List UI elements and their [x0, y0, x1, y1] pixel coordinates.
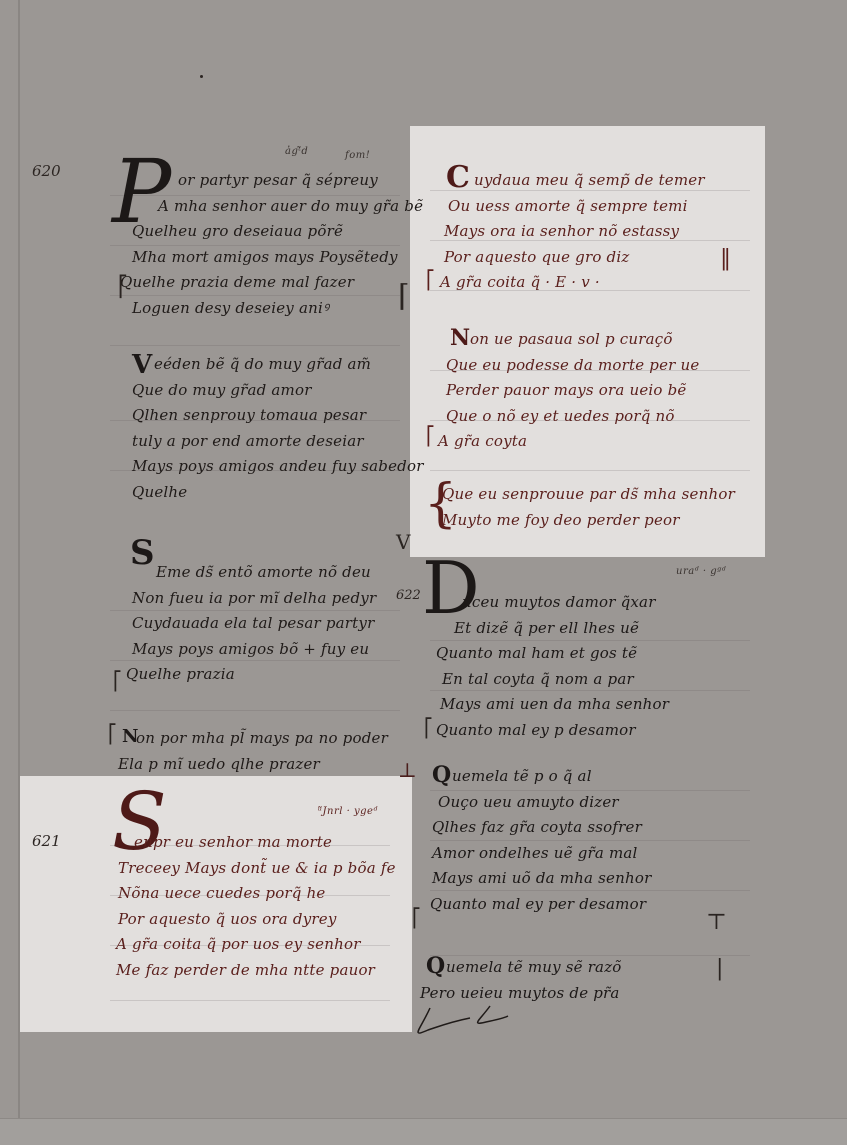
- verse-line: Mays ami uõ da mha senhor: [432, 866, 651, 892]
- verse-line: A gr̃a coita q̃ por uos ey senhor: [116, 932, 396, 958]
- verse-line: Mays poys amigos andeu fuy sabedor: [132, 454, 424, 480]
- verse-line: or partyr pesar q̃ sépreuy: [178, 168, 423, 194]
- verse-line: enpr eu senhor ma morte: [134, 830, 396, 856]
- stanza: eéden bẽ q̃ do muy gr̃ad am̃ Que do muy …: [154, 352, 424, 505]
- verse-line: on por mha pl̃ mays pa no poder: [136, 726, 388, 752]
- ink-spot: [200, 75, 203, 78]
- refrain-bracket-icon: ⎡: [412, 910, 421, 928]
- stanza: on por mha pl̃ mays pa no poder Ela p mĩ…: [136, 726, 388, 777]
- decorated-initial-C: C: [446, 163, 470, 193]
- stanza: uceu muytos damor q̃xar Et dizẽ q̃ per e…: [462, 590, 669, 743]
- verse-line: Que do muy gr̃ad amor: [132, 378, 424, 404]
- refrain-bracket-icon: ⎡: [426, 272, 435, 290]
- refrain-bracket-icon: ⎡: [113, 673, 122, 691]
- verse-line-refrain: A gr̃a coyta: [438, 429, 699, 455]
- stanza: on ue pasaua sol p curaçõ Que eu podesse…: [470, 327, 699, 455]
- margin-note: a̓gᵗ̃d: [285, 146, 308, 157]
- verse-line: on ue pasaua sol p curaçõ: [470, 327, 699, 353]
- verse-line: Quelheu gro deseiaua põrẽ: [132, 219, 423, 245]
- folio-number-622: 622: [396, 588, 421, 603]
- decorated-initial-V: V: [132, 352, 152, 378]
- stanza: Eme ds̃ entõ amorte nõ deu Non fueu ia p…: [156, 560, 376, 688]
- decorated-initial-S: S: [130, 536, 155, 570]
- verse-line: eéden bẽ q̃ do muy gr̃ad am̃: [154, 352, 424, 378]
- verse-line: A mha senhor auer do muy gr̃a bẽ: [158, 194, 423, 220]
- verse-line: Mha mort amigos mays Poysẽtedy: [132, 245, 423, 271]
- ruled-line: [110, 1000, 390, 1001]
- verse-line: Qlhen senprouy tomaua pesar: [132, 403, 424, 429]
- verse-line: Ou uess amorte q̃ sempre temi: [448, 194, 705, 220]
- verse-line: Eme ds̃ entõ amorte nõ deu: [156, 560, 376, 586]
- verse-line: Me faz perder de mha ntte pauor: [116, 958, 396, 984]
- flourish-icon: [410, 1000, 510, 1040]
- verse-line: Mays ami uen da mha senhor: [440, 692, 669, 718]
- verse-line: Ela p mĩ uedo qlhe prazer: [118, 752, 388, 778]
- pilcrow-mark-icon: ‖: [720, 248, 731, 270]
- folio-number-621: 621: [32, 832, 61, 850]
- verse-line-refrain: Quanto mal ey p desamor: [436, 718, 669, 744]
- verse-line: Cuydauada ela tal pesar partyr: [132, 611, 376, 637]
- stanza: Que eu senprouue par ds̃ mha senhor Muyt…: [442, 482, 735, 533]
- verse-line: Loguen desy deseiey aniꝰ: [132, 296, 423, 322]
- ruled-line: [110, 345, 400, 346]
- verse-line: Que eu podesse da morte per ue: [446, 353, 699, 379]
- margin-bracket-icon: ⊥: [398, 760, 417, 780]
- verse-line: Et dizẽ q̃ per ell lhes uẽ: [454, 616, 669, 642]
- verse-line: uydaua meu q̃ semp̃ de temer: [474, 168, 705, 194]
- refrain-bracket-icon: ⎡: [424, 720, 433, 738]
- decorated-initial-N: N: [450, 327, 470, 349]
- verse-line: Ouço ueu amuyto dizer: [438, 790, 651, 816]
- verse-line: Treceey Mays dont̃ ue & ia p bõa fe: [118, 856, 396, 882]
- stanza: uydaua meu q̃ semp̃ de temer Ou uess amo…: [474, 168, 705, 296]
- verse-line: uceu muytos damor q̃xar: [462, 590, 669, 616]
- verse-line: Por aquesto que gro diz: [444, 245, 705, 271]
- decorated-initial-Q: Q: [432, 764, 451, 786]
- verse-line: Que eu senprouue par ds̃ mha senhor: [442, 482, 735, 508]
- verse-line-refrain: Quelhe prazia: [126, 662, 376, 688]
- verse-line: Non fueu ia por mĩ delha pedyr: [132, 586, 376, 612]
- verse-line: uemela tẽ muy sẽ razõ: [446, 955, 622, 981]
- ruled-line: [430, 470, 750, 471]
- verse-line: En tal coyta q̃ nom a par: [442, 667, 669, 693]
- verse-line: Amor ondelhes uẽ gr̃a mal: [432, 841, 651, 867]
- margin-mark-icon: V: [396, 532, 410, 552]
- verse-line: Mays poys amigos bõ + fuy eu: [132, 637, 376, 663]
- verse-line: Qlhes faz gr̃a coyta ssofrer: [432, 815, 651, 841]
- margin-note: ᵘ̃Jnrl · ygeᵈ: [318, 806, 378, 817]
- decorated-initial-Q: Q: [426, 955, 445, 977]
- verse-line: Mays ora ia senhor nõ estassy: [444, 219, 705, 245]
- margin-note: fom!: [345, 150, 370, 161]
- margin-note: uraᵈ · gᵍᵈ: [676, 566, 726, 577]
- refrain-bracket-icon: ⎡: [118, 276, 128, 296]
- verse-line-refrain: A gr̃a coita q̃ · E · v ·: [440, 270, 705, 296]
- verse-line: Quanto mal ham et gos tẽ: [436, 641, 669, 667]
- refrain-bracket-icon: ⎡: [426, 428, 435, 446]
- verse-line: Perder pauor mays ora ueio bẽ: [446, 378, 699, 404]
- refrain-bracket-icon: ⎡: [108, 726, 117, 744]
- margin-bracket-icon: |: [716, 958, 723, 980]
- margin-bracket-icon: ⊤: [706, 912, 727, 934]
- stanza: uemela tẽ p o q̃ al Ouço ueu amuyto dize…: [452, 764, 651, 917]
- margin-bracket-icon: ⌈: [398, 282, 410, 312]
- verse-line: Quelhe: [132, 480, 424, 506]
- verse-line: uemela tẽ p o q̃ al: [452, 764, 651, 790]
- verse-line: Muyto me foy deo perder peor: [442, 508, 735, 534]
- verse-line: tuly a por end amorte deseiar: [132, 429, 424, 455]
- stanza: uemela tẽ muy sẽ razõ Pero ueieu muytos …: [446, 955, 622, 1006]
- ruled-line: [110, 710, 400, 711]
- verse-line-refrain: Quanto mal ey per desamor: [430, 892, 651, 918]
- stanza: enpr eu senhor ma morte Treceey Mays don…: [134, 830, 396, 983]
- verse-line: Nõna uece cuedes porq̃ he: [118, 881, 396, 907]
- verse-line-refrain: Quelhe prazia deme mal fazer: [120, 270, 423, 296]
- page-bottom-edge: [0, 1118, 847, 1145]
- stanza: or partyr pesar q̃ sépreuy A mha senhor …: [178, 168, 423, 321]
- verse-line: Que o nõ ey et uedes porq̃ nõ: [446, 404, 699, 430]
- folio-number-620: 620: [32, 162, 61, 180]
- verse-line: Por aquesto q̃ uos ora dyrey: [118, 907, 396, 933]
